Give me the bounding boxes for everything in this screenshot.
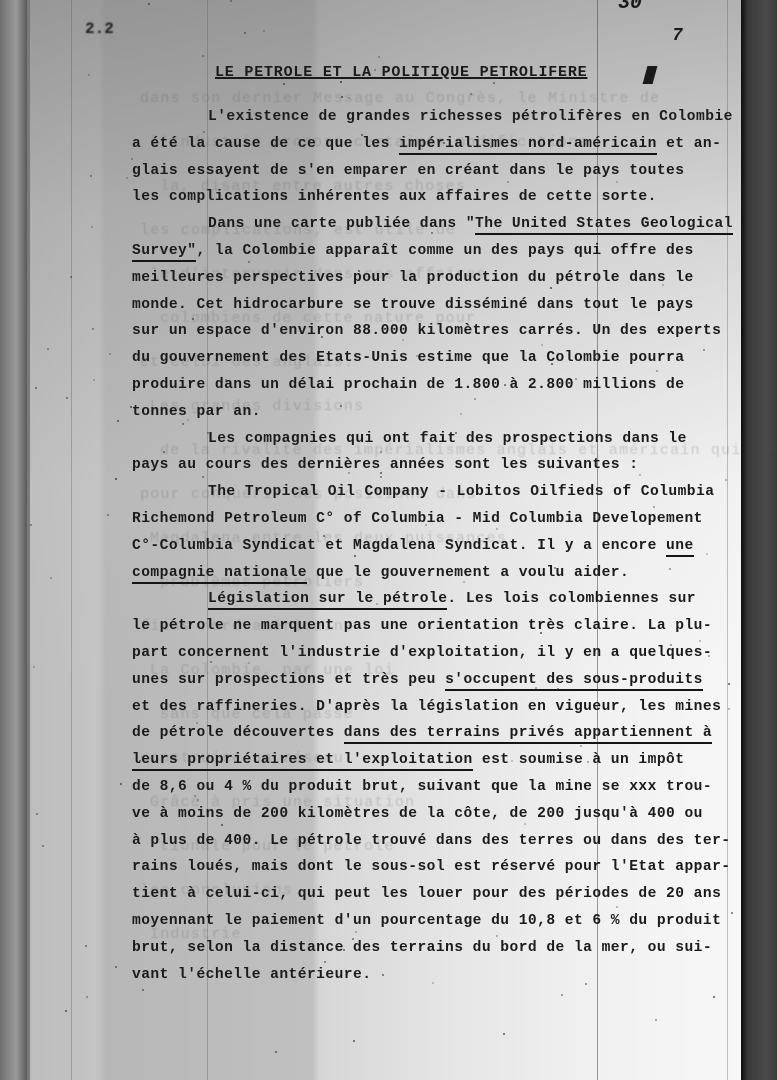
speck <box>321 732 323 734</box>
text-line: à plus de 400. Le pétrole trouvé dans de… <box>132 828 722 855</box>
speck <box>86 996 88 998</box>
speck <box>202 55 204 57</box>
text-line: brut, selon la distance des terrains du … <box>132 935 722 962</box>
scan-streak <box>71 0 72 1080</box>
text-segment: sur un espace d'environ 88.000 kilomètre… <box>132 323 721 339</box>
speck <box>139 760 141 762</box>
text-segment: pays au cours des dernières années sont … <box>132 457 638 473</box>
text-line: du gouvernement des Etats-Unis estime qu… <box>132 345 722 372</box>
underlined-text: The United States Geological <box>475 216 733 235</box>
speck <box>197 799 199 801</box>
text-segment: C°-Columbia Syndicat et Magdalena Syndic… <box>132 538 666 554</box>
text-line: glais essayent de s'en emparer en créant… <box>132 158 722 185</box>
text-line: Les compagnies qui ont fait des prospect… <box>132 426 722 453</box>
speck <box>358 270 360 272</box>
text-line: tonnes par an. <box>132 399 722 426</box>
text-line: monde. Cet hidrocarbure se trouve dissém… <box>132 292 722 319</box>
speck <box>353 1040 355 1042</box>
scan-right-edge <box>741 0 777 1080</box>
text-line: moyennant le paiement d'un pourcentage d… <box>132 908 722 935</box>
text-segment: ve à moins de 200 kilomètres de la côte,… <box>132 806 703 822</box>
speck <box>304 198 306 200</box>
document-body: L'existence de grandes richesses pétroli… <box>132 104 722 988</box>
handwritten-mark: 30 <box>618 0 642 15</box>
underlined-text: Survey" <box>132 243 196 262</box>
speck <box>554 567 556 569</box>
speck <box>380 472 382 474</box>
underlined-text: une <box>666 538 694 557</box>
text-segment: Les compagnies qui ont fait des prospect… <box>208 431 687 447</box>
speck <box>30 524 32 526</box>
speck <box>580 745 582 747</box>
text-line: de 8,6 ou 4 % du produit brut, suivant q… <box>132 774 722 801</box>
speck <box>504 384 506 386</box>
speck <box>36 813 38 815</box>
speck <box>263 30 265 32</box>
text-line: et des raffineries. D'après la législati… <box>132 694 722 721</box>
speck <box>107 514 109 516</box>
speck <box>550 287 552 289</box>
speck <box>343 949 345 951</box>
speck <box>503 1033 505 1035</box>
speck <box>708 655 710 657</box>
speck <box>42 845 44 847</box>
text-line: meilleures perspectives pour la producti… <box>132 265 722 292</box>
speck <box>541 344 543 346</box>
speck <box>380 451 382 453</box>
speck <box>496 935 498 937</box>
text-line: compagnie nationale que le gouvernement … <box>132 560 722 587</box>
text-line: leurs propriétaires et l'exploitation es… <box>132 747 722 774</box>
text-line: tient à celui-ci, qui peut les louer pou… <box>132 881 722 908</box>
speck <box>402 339 404 341</box>
text-segment: meilleures perspectives pour la producti… <box>132 270 694 286</box>
text-line: Dans une carte publiée dans "The United … <box>132 211 722 238</box>
speck <box>504 302 506 304</box>
text-line: C°-Columbia Syndicat et Magdalena Syndic… <box>132 533 722 560</box>
speck <box>267 598 269 600</box>
text-segment: est soumise à un impôt <box>473 752 685 768</box>
text-line: L'existence de grandes richesses pétroli… <box>132 104 722 131</box>
speck <box>275 1051 277 1053</box>
text-segment: Dans une carte publiée dans " <box>208 216 475 232</box>
text-segment: a été la cause de ce que les <box>132 136 399 152</box>
speck <box>697 863 699 865</box>
speck <box>511 760 513 762</box>
text-line: unes sur prospections et très peu s'occu… <box>132 667 722 694</box>
speck <box>88 23 90 25</box>
speck <box>587 761 589 763</box>
speck <box>425 524 427 526</box>
text-line: sur un espace d'environ 88.000 kilomètre… <box>132 318 722 345</box>
text-segment: à plus de 400. Le pétrole trouvé dans de… <box>132 833 731 849</box>
speck <box>207 432 209 434</box>
speck <box>352 938 354 940</box>
speck <box>725 479 727 481</box>
text-segment: le pétrole ne marquent pas une orientati… <box>132 618 712 634</box>
text-segment: du gouvernement des Etats-Unis estime qu… <box>132 350 684 366</box>
text-segment: que le gouvernement a voulu aider. <box>307 565 629 581</box>
text-segment: glais essayent de s'en emparer en créant… <box>132 163 684 179</box>
speck <box>323 535 325 537</box>
text-line: rains loués, mais dont le sous-sol est r… <box>132 854 722 881</box>
text-segment: brut, selon la distance des terrains du … <box>132 940 712 956</box>
underlined-text: Législation sur le pétrole <box>208 591 447 610</box>
text-segment: de 8,6 ou 4 % du produit brut, suivant q… <box>132 779 712 795</box>
text-segment: unes sur prospections et très peu <box>132 672 445 688</box>
speck <box>416 355 418 357</box>
text-segment: produire dans un délai prochain de 1.800… <box>132 377 684 393</box>
text-line: a été la cause de ce que les impérialism… <box>132 131 722 158</box>
text-line: de pétrole découvertes dans des terrains… <box>132 720 722 747</box>
speck <box>463 581 465 583</box>
text-line: le pétrole ne marquent pas une orientati… <box>132 613 722 640</box>
text-segment: vant l'échelle antérieure. <box>132 967 371 983</box>
text-segment: monde. Cet hidrocarbure se trouve dissém… <box>132 297 694 313</box>
text-line: pays au cours des dernières années sont … <box>132 452 722 479</box>
text-segment: tonnes par an. <box>132 404 261 420</box>
document-title: LE PETROLE ET LA POLITIQUE PETROLIFERE <box>215 64 587 81</box>
speck <box>470 93 472 95</box>
text-line: part concernent l'industrie d'exploitati… <box>132 640 722 667</box>
text-line: Législation sur le pétrole. Les lois col… <box>132 586 722 613</box>
underlined-text: dans des terrains privés appartiennent à <box>344 725 712 744</box>
text-line: vant l'échelle antérieure. <box>132 962 722 989</box>
handwritten-mark: 7 <box>672 26 683 46</box>
underlined-text: compagnie nationale <box>132 565 307 584</box>
speck <box>455 432 457 434</box>
text-line: les complications inhérentes aux affaire… <box>132 184 722 211</box>
speck <box>728 683 730 685</box>
text-line: Survey", la Colombie apparaît comme un d… <box>132 238 722 265</box>
underlined-text: leurs propriétaires et l'exploitation <box>132 752 473 771</box>
speck <box>35 387 37 389</box>
speck <box>120 783 122 785</box>
speck <box>355 931 357 933</box>
text-segment: L'existence de grandes richesses pétroli… <box>208 109 733 125</box>
speck <box>221 824 223 826</box>
text-segment: de pétrole découvertes <box>132 725 344 741</box>
scan-left-edge <box>0 0 27 1080</box>
text-segment: , la Colombie apparaît comme un des pays… <box>196 243 693 259</box>
text-segment: Richemond Petroleum C° of Columbia - Mid… <box>132 511 703 527</box>
speck <box>443 142 445 144</box>
speck <box>348 97 350 99</box>
speck <box>47 348 49 350</box>
text-segment: moyennant le paiement d'un pourcentage d… <box>132 913 721 929</box>
speck <box>669 568 671 570</box>
speck <box>321 336 323 338</box>
speck <box>115 478 117 480</box>
text-line: produire dans un délai prochain de 1.800… <box>132 372 722 399</box>
text-segment: . Les lois colombiennes sur <box>447 591 696 607</box>
speck <box>225 379 227 381</box>
speck <box>182 423 184 425</box>
speck <box>575 378 577 380</box>
underlined-text: s'occupent des sous-produits <box>445 672 703 691</box>
text-line: Richemond Petroleum C° of Columbia - Mid… <box>132 506 722 533</box>
text-segment: tient à celui-ci, qui peut les louer pou… <box>132 886 721 902</box>
text-segment: et des raffineries. D'après la législati… <box>132 699 721 715</box>
text-segment: The Tropical Oil Company - Lobitos Oilfi… <box>208 484 714 500</box>
speck <box>665 113 667 115</box>
speck <box>320 306 322 308</box>
speck <box>130 406 132 408</box>
speck <box>248 261 250 263</box>
speck <box>376 603 378 605</box>
text-segment: et an- <box>657 136 721 152</box>
speck <box>33 666 35 668</box>
scan-streak <box>727 0 728 1080</box>
speck <box>564 72 566 74</box>
text-segment: rains loués, mais dont le sous-sol est r… <box>132 859 731 875</box>
text-segment: les complications inhérentes aux affaire… <box>132 189 657 205</box>
underlined-text: impérialismes nord-américain <box>399 136 657 155</box>
text-segment: part concernent l'industrie d'exploitati… <box>132 645 712 661</box>
text-line: The Tropical Oil Company - Lobitos Oilfi… <box>132 479 722 506</box>
speck <box>551 363 553 365</box>
